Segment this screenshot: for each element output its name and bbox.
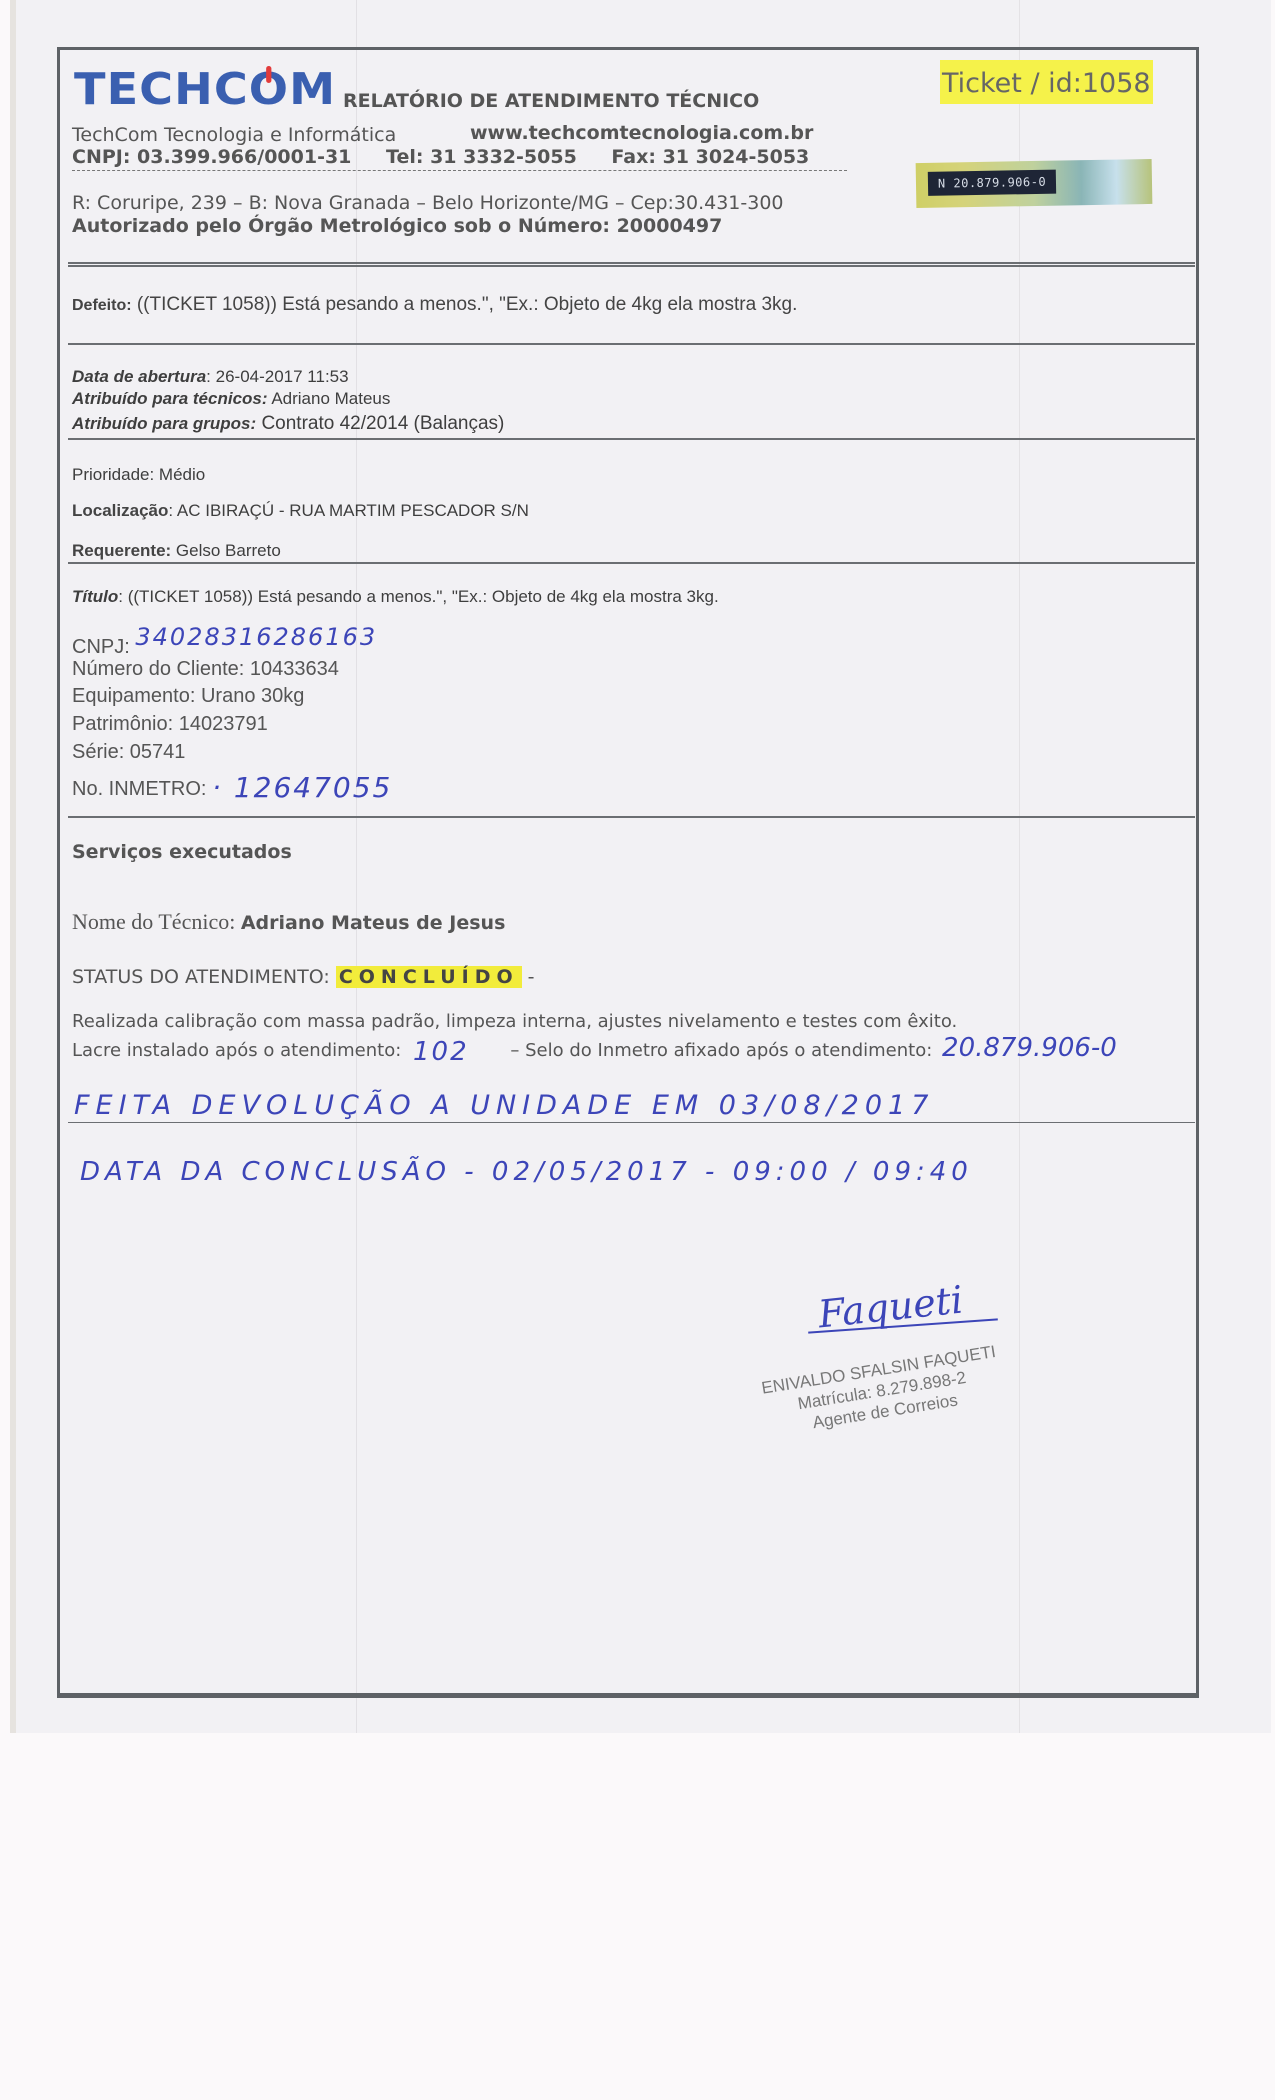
client-cnpj: CNPJ: 34028316286163 bbox=[72, 631, 377, 659]
priority: Prioridade: Médio bbox=[72, 465, 205, 485]
seal-info: Lacre instalado após o atendimento: 102 … bbox=[72, 1033, 1117, 1063]
inmetro-seal-sticker: N 20.879.906-0 bbox=[916, 159, 1153, 208]
asset-number: Patrimônio: 14023791 bbox=[72, 713, 268, 736]
section-divider bbox=[68, 438, 1195, 440]
company-tel: Tel: 31 3332-5055 bbox=[386, 146, 577, 168]
report-title: RELATÓRIO DE ATENDIMENTO TÉCNICO bbox=[343, 90, 759, 112]
section-divider bbox=[68, 343, 1195, 345]
company-website: www.techcomtecnologia.com.br bbox=[470, 122, 813, 144]
serial-number: Série: 05741 bbox=[72, 741, 185, 764]
inmetro-seal-number: N 20.879.906-0 bbox=[928, 170, 1057, 196]
section-divider bbox=[68, 816, 1195, 818]
requester: Requerente: Gelso Barreto bbox=[72, 541, 281, 561]
location: Localização: AC IBIRAÇÚ - RUA MARTIM PES… bbox=[72, 501, 529, 521]
opening-date: Data de abertura: 26-04-2017 11:53 bbox=[72, 367, 349, 387]
ticket-id-badge: Ticket / id:1058 bbox=[940, 60, 1153, 104]
inmetro-number: No. INMETRO: · 12647055 bbox=[72, 769, 392, 802]
power-icon: O bbox=[249, 64, 289, 115]
dashed-divider bbox=[72, 170, 847, 171]
equipment: Equipamento: Urano 30kg bbox=[72, 685, 304, 708]
section-divider bbox=[68, 262, 1195, 267]
section-divider bbox=[68, 562, 1195, 564]
section-divider bbox=[68, 1122, 1195, 1123]
techcom-logo: TECHCOM bbox=[74, 64, 336, 115]
handwritten-return-note: FEITA DEVOLUÇÃO A UNIDADE EM 03/08/2017 bbox=[74, 1090, 934, 1121]
service-status: STATUS DO ATENDIMENTO: CONCLUÍDO - bbox=[72, 966, 535, 988]
company-address: R: Coruripe, 239 – B: Nova Granada – Bel… bbox=[72, 192, 784, 214]
handwritten-inmetro-seal: 20.879.906-0 bbox=[942, 1033, 1117, 1063]
company-cnpj: CNPJ: 03.399.966/0001-31 bbox=[72, 146, 351, 168]
defect-label: Defeito: bbox=[72, 297, 132, 314]
company-name: TechCom Tecnologia e Informática bbox=[72, 124, 396, 146]
company-fax: Fax: 31 3024-5053 bbox=[611, 146, 809, 168]
handwritten-conclusion-note: DATA DA CONCLUSÃO - 02/05/2017 - 09:00 /… bbox=[80, 1157, 973, 1187]
client-number: Número do Cliente: 10433634 bbox=[72, 658, 339, 681]
assigned-techs: Atribuído para técnicos: Adriano Mateus bbox=[72, 389, 390, 409]
company-contacts: CNPJ: 03.399.966/0001-31 Tel: 31 3332-50… bbox=[72, 146, 837, 168]
defect-line: Defeito: ((TICKET 1058)) Está pesando a … bbox=[72, 294, 797, 316]
handwritten-inmetro: · 12647055 bbox=[212, 771, 392, 804]
handwritten-cnpj: 34028316286163 bbox=[135, 623, 377, 651]
ticket-title: Título: ((TICKET 1058)) Está pesando a m… bbox=[72, 587, 719, 607]
technician-name: Nome do Técnico: Adriano Mateus de Jesus bbox=[72, 909, 505, 935]
defect-value: ((TICKET 1058)) Está pesando a menos.", … bbox=[132, 294, 798, 315]
assigned-groups: Atribuído para grupos: Contrato 42/2014 … bbox=[72, 413, 504, 435]
services-heading: Serviços executados bbox=[72, 841, 292, 863]
metrology-authorization: Autorizado pelo Órgão Metrológico sob o … bbox=[72, 215, 722, 237]
handwritten-seal: 102 bbox=[413, 1037, 469, 1067]
service-description: Realizada calibração com massa padrão, l… bbox=[72, 1011, 957, 1032]
status-badge: CONCLUÍDO bbox=[336, 966, 522, 988]
